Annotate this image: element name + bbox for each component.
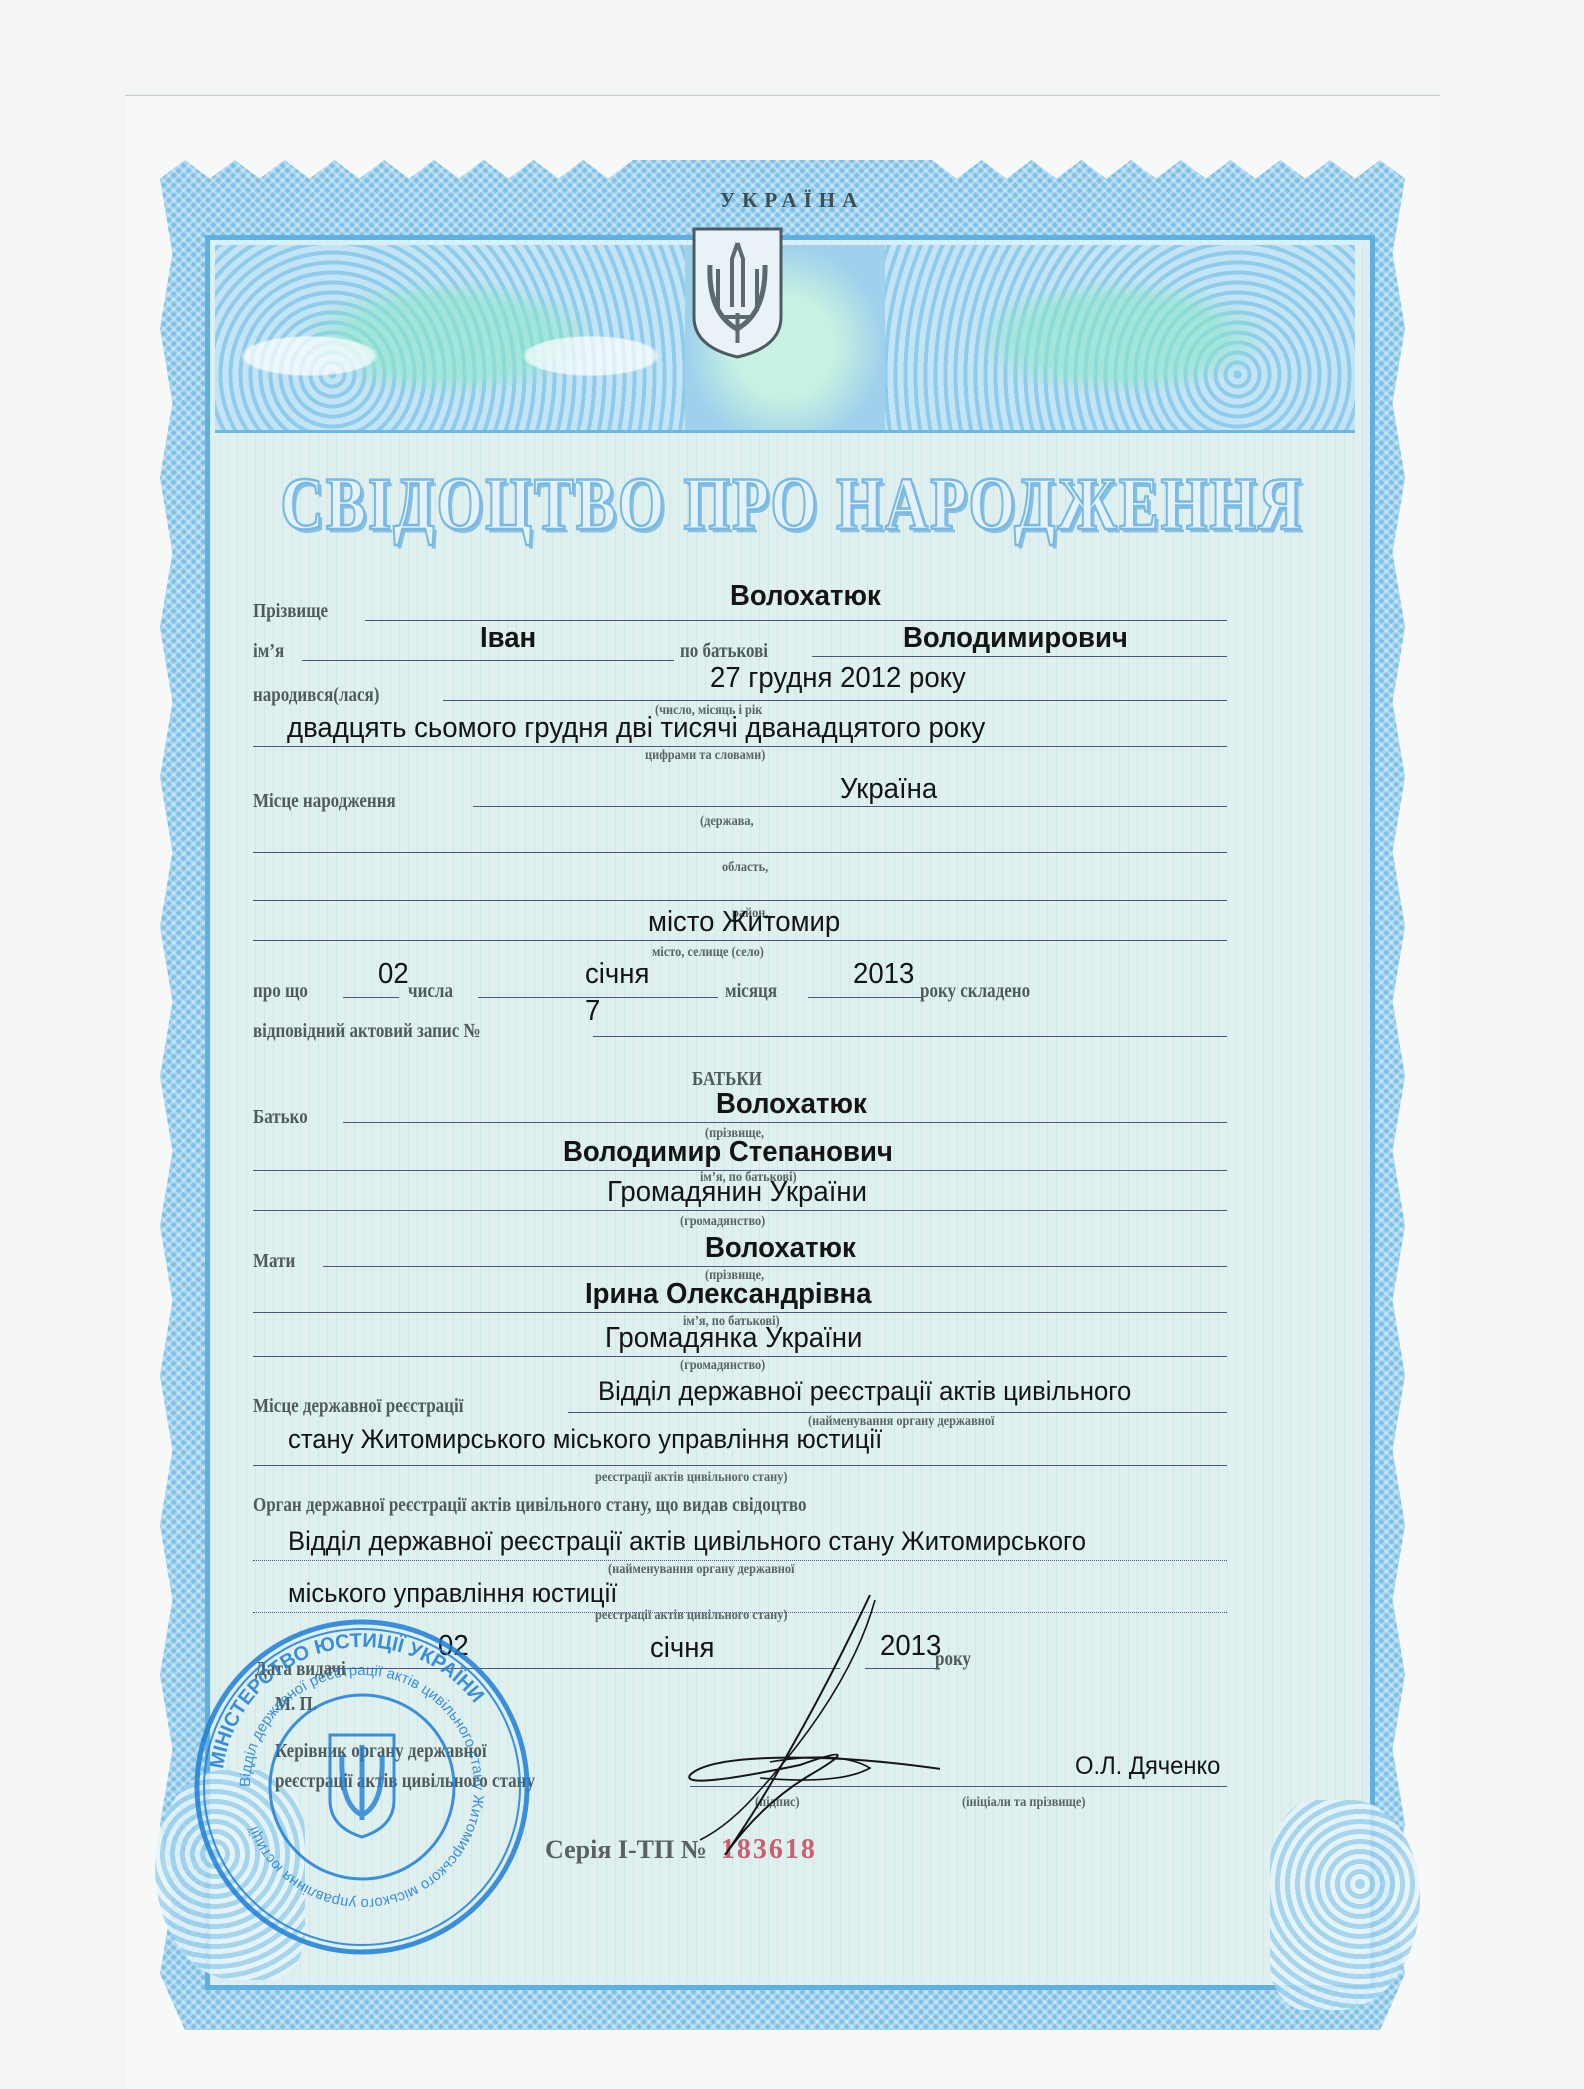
birthplace-region-line (253, 852, 1227, 853)
mother-label: Мати (253, 1250, 295, 1273)
surname-line (365, 620, 1227, 621)
coat-of-arms-icon (690, 225, 785, 360)
record-day-value: 02 (378, 958, 409, 991)
record-year-line (808, 997, 923, 998)
father-name-value: Володимир Степанович (563, 1136, 893, 1169)
registration-place-hint2: реєстрації актів цивільного стану) (595, 1470, 788, 1486)
birth-date-words-line (253, 746, 1227, 747)
father-surname-value: Волохатюк (716, 1088, 867, 1121)
mother-citizenship-hint: (громадянство) (680, 1358, 765, 1374)
surname-value: Волохатюк (730, 580, 881, 613)
father-label: Батько (253, 1106, 308, 1129)
birthplace-city-value: місто Житомир (648, 906, 840, 939)
name-line (302, 660, 674, 661)
mother-name-line (253, 1312, 1227, 1313)
ornament-left (215, 245, 685, 433)
record-year-label: року складено (920, 980, 1030, 1003)
region-hint: область, (722, 860, 768, 876)
mother-surname-line (323, 1266, 1227, 1267)
official-seal-stamp: МІНІСТЕРСТВО ЮСТИЦІЇ УКРАЇНИ Відділ держ… (190, 1615, 535, 1960)
record-day-label: числа (408, 980, 453, 1003)
surname-label: Прізвище (253, 600, 328, 623)
birth-date-words-value: двадцять сьомого грудня дві тисячі двана… (287, 712, 985, 745)
issuer-label: Орган державної реєстрації актів цивільн… (253, 1494, 806, 1517)
registration-place-value2: стану Житомирського міського управління … (288, 1424, 882, 1455)
mother-citizenship-value: Громадянка України (605, 1322, 862, 1355)
city-hint: місто, селище (село) (652, 945, 764, 961)
birthplace-district-line (253, 900, 1227, 901)
issuer-line1 (253, 1560, 1227, 1561)
registration-place-value1: Відділ державної реєстрації актів цивіль… (598, 1376, 1131, 1407)
mother-surname-value: Волохатюк (705, 1232, 856, 1265)
born-label: народився(лася) (253, 684, 379, 707)
signature-scribble (640, 1590, 940, 1890)
father-citizenship-hint: (громадянство) (680, 1214, 765, 1230)
ornament-right (885, 245, 1355, 433)
birthplace-country-value: Україна (840, 773, 937, 806)
birthplace-city-line (253, 940, 1227, 941)
record-prefix-label: про що (253, 980, 308, 1003)
country-hint: (держава, (700, 814, 754, 830)
birth-date-value: 27 грудня 2012 року (710, 662, 966, 695)
name-value: Іван (480, 622, 536, 655)
issuer-hint1: (найменування органу державної (608, 1562, 794, 1578)
issuer-value1: Відділ державної реєстрації актів цивіль… (288, 1526, 1086, 1557)
official-name-line (950, 1786, 1227, 1787)
official-name-hint: (ініціали та прізвище) (962, 1795, 1085, 1811)
record-day-line (343, 997, 399, 998)
patronymic-label: по батькові (680, 640, 768, 663)
father-surname-line (343, 1122, 1227, 1123)
record-number-value: 7 (585, 995, 600, 1028)
patronymic-line (812, 656, 1227, 657)
issuer-value2: міського управління юстиції (288, 1578, 617, 1609)
record-number-label: відповідний актовий запис № (253, 1020, 481, 1043)
issue-year-label: року (935, 1648, 971, 1671)
patronymic-value: Володимирович (903, 622, 1128, 655)
record-number-line (593, 1036, 1227, 1037)
mother-name-value: Ірина Олександрівна (585, 1278, 871, 1311)
name-label: ім’я (253, 640, 284, 663)
record-year-value: 2013 (853, 958, 914, 991)
document-title: СВІДОЦТВО ПРО НАРОДЖЕННЯ (0, 461, 1584, 547)
birth-date-words-hint: цифрами та словами) (645, 748, 765, 764)
birth-date-line (443, 700, 1227, 701)
birthplace-country-line (473, 806, 1227, 807)
record-month-label: місяця (725, 980, 777, 1003)
father-citizenship-value: Громадянин України (607, 1176, 867, 1209)
registration-place-line2 (253, 1465, 1227, 1466)
country-heading: УКРАЇНА (0, 188, 1584, 213)
mother-citizenship-line (253, 1356, 1227, 1357)
registration-place-line1 (568, 1412, 1227, 1413)
birthplace-label: Місце народження (253, 790, 396, 813)
registration-place-label: Місце державної реєстрації (253, 1395, 463, 1418)
father-citizenship-line (253, 1210, 1227, 1211)
record-month-value: січня (585, 958, 649, 991)
official-name-value: О.Л. Дяченко (1075, 1752, 1220, 1781)
